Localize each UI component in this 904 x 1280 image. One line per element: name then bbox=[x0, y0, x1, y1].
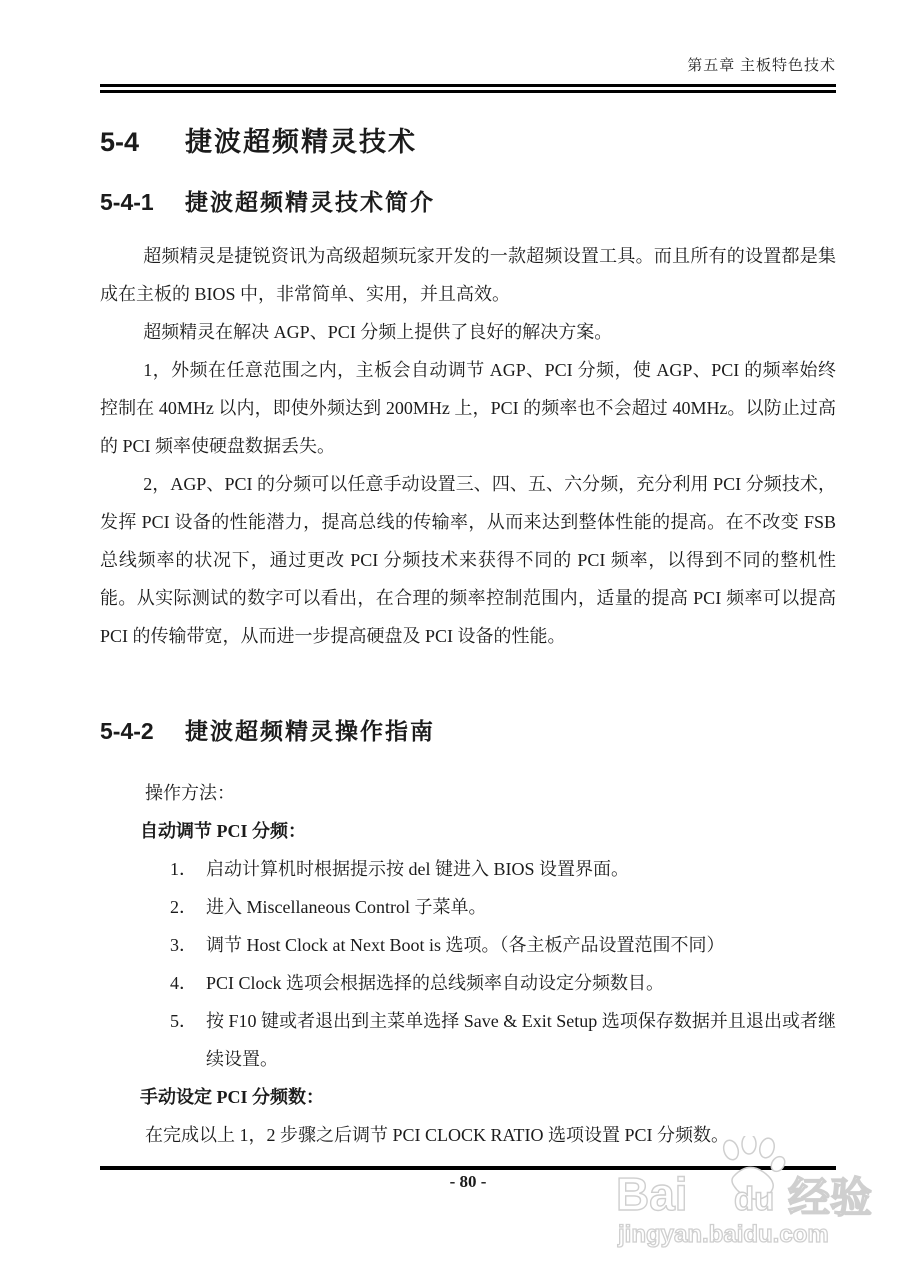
baidu-jingyan-watermark: Bai du 经验 jingyan.baidu.com bbox=[616, 1136, 876, 1256]
manual-instruction: 在完成以上 1，2 步骤之后调节 PCI CLOCK RATIO 选项设置 PC… bbox=[100, 1116, 836, 1154]
section-title: 捷波超频精灵技术 bbox=[185, 120, 417, 159]
bios-steps-list: 1． 启动计算机时根据提示按 del 键进入 BIOS 设置界面。 2． 进入 … bbox=[100, 850, 836, 1078]
header-double-rule bbox=[100, 84, 836, 93]
paragraph: 1，外频在任意范围之内，主板会自动调节 AGP、PCI 分频，使 AGP、PCI… bbox=[100, 351, 836, 465]
step-text: 调节 Host Clock at Next Boot is 选项。（各主板产品设… bbox=[206, 926, 836, 964]
section-number: 5-4 bbox=[100, 127, 185, 158]
manual-pci-label: 手动设定 PCI 分频数： bbox=[100, 1078, 836, 1116]
step-number: 5． bbox=[170, 1002, 206, 1078]
step-number: 1． bbox=[170, 850, 206, 888]
subsection-title: 捷波超频精灵操作指南 bbox=[185, 713, 435, 746]
step-number: 2． bbox=[170, 888, 206, 926]
section-5-4-1-heading: 5-4-1 捷波超频精灵技术简介 bbox=[100, 184, 836, 217]
step-text: 启动计算机时根据提示按 del 键进入 BIOS 设置界面。 bbox=[206, 850, 836, 888]
list-item: 2． 进入 Miscellaneous Control 子菜单。 bbox=[100, 888, 836, 926]
auto-pci-label: 自动调节 PCI 分频： bbox=[100, 812, 836, 850]
page-number: - 80 - bbox=[100, 1172, 836, 1192]
step-text: 按 F10 键或者退出到主菜单选择 Save & Exit Setup 选项保存… bbox=[206, 1002, 836, 1078]
paragraph: 超频精灵是捷锐资讯为高级超频玩家开发的一款超频设置工具。而且所有的设置都是集成在… bbox=[100, 237, 836, 313]
section-5-4-2-heading: 5-4-2 捷波超频精灵操作指南 bbox=[100, 713, 836, 746]
step-number: 3． bbox=[170, 926, 206, 964]
step-text: 进入 Miscellaneous Control 子菜单。 bbox=[206, 888, 836, 926]
footer-rule bbox=[100, 1166, 836, 1170]
method-label: 操作方法： bbox=[100, 774, 836, 812]
paragraph: 超频精灵在解决 AGP、PCI 分频上提供了良好的解决方案。 bbox=[100, 313, 836, 351]
intro-paragraphs: 超频精灵是捷锐资讯为高级超频玩家开发的一款超频设置工具。而且所有的设置都是集成在… bbox=[100, 237, 836, 655]
baidu-logo-icon: Bai du 经验 jingyan.baidu.com bbox=[616, 1136, 876, 1256]
subsection-number: 5-4-2 bbox=[100, 718, 185, 745]
manual-page: 第五章 主板特色技术 5-4 捷波超频精灵技术 5-4-1 捷波超频精灵技术简介… bbox=[0, 0, 904, 1280]
chapter-header: 第五章 主板特色技术 bbox=[687, 54, 836, 75]
subsection-title: 捷波超频精灵技术简介 bbox=[185, 184, 435, 217]
subsection-number: 5-4-1 bbox=[100, 189, 185, 216]
watermark-url: jingyan.baidu.com bbox=[617, 1221, 829, 1248]
page-content: 5-4 捷波超频精灵技术 5-4-1 捷波超频精灵技术简介 超频精灵是捷锐资讯为… bbox=[100, 118, 836, 1154]
section-5-4-heading: 5-4 捷波超频精灵技术 bbox=[100, 120, 836, 159]
list-item: 3． 调节 Host Clock at Next Boot is 选项。（各主板… bbox=[100, 926, 836, 964]
step-text: PCI Clock 选项会根据选择的总线频率自动设定分频数目。 bbox=[206, 964, 836, 1002]
list-item: 1． 启动计算机时根据提示按 del 键进入 BIOS 设置界面。 bbox=[100, 850, 836, 888]
list-item: 4． PCI Clock 选项会根据选择的总线频率自动设定分频数目。 bbox=[100, 964, 836, 1002]
paragraph: 2，AGP、PCI 的分频可以任意手动设置三、四、五、六分频，充分利用 PCI … bbox=[100, 465, 836, 655]
list-item: 5． 按 F10 键或者退出到主菜单选择 Save & Exit Setup 选… bbox=[100, 1002, 836, 1078]
step-number: 4． bbox=[170, 964, 206, 1002]
